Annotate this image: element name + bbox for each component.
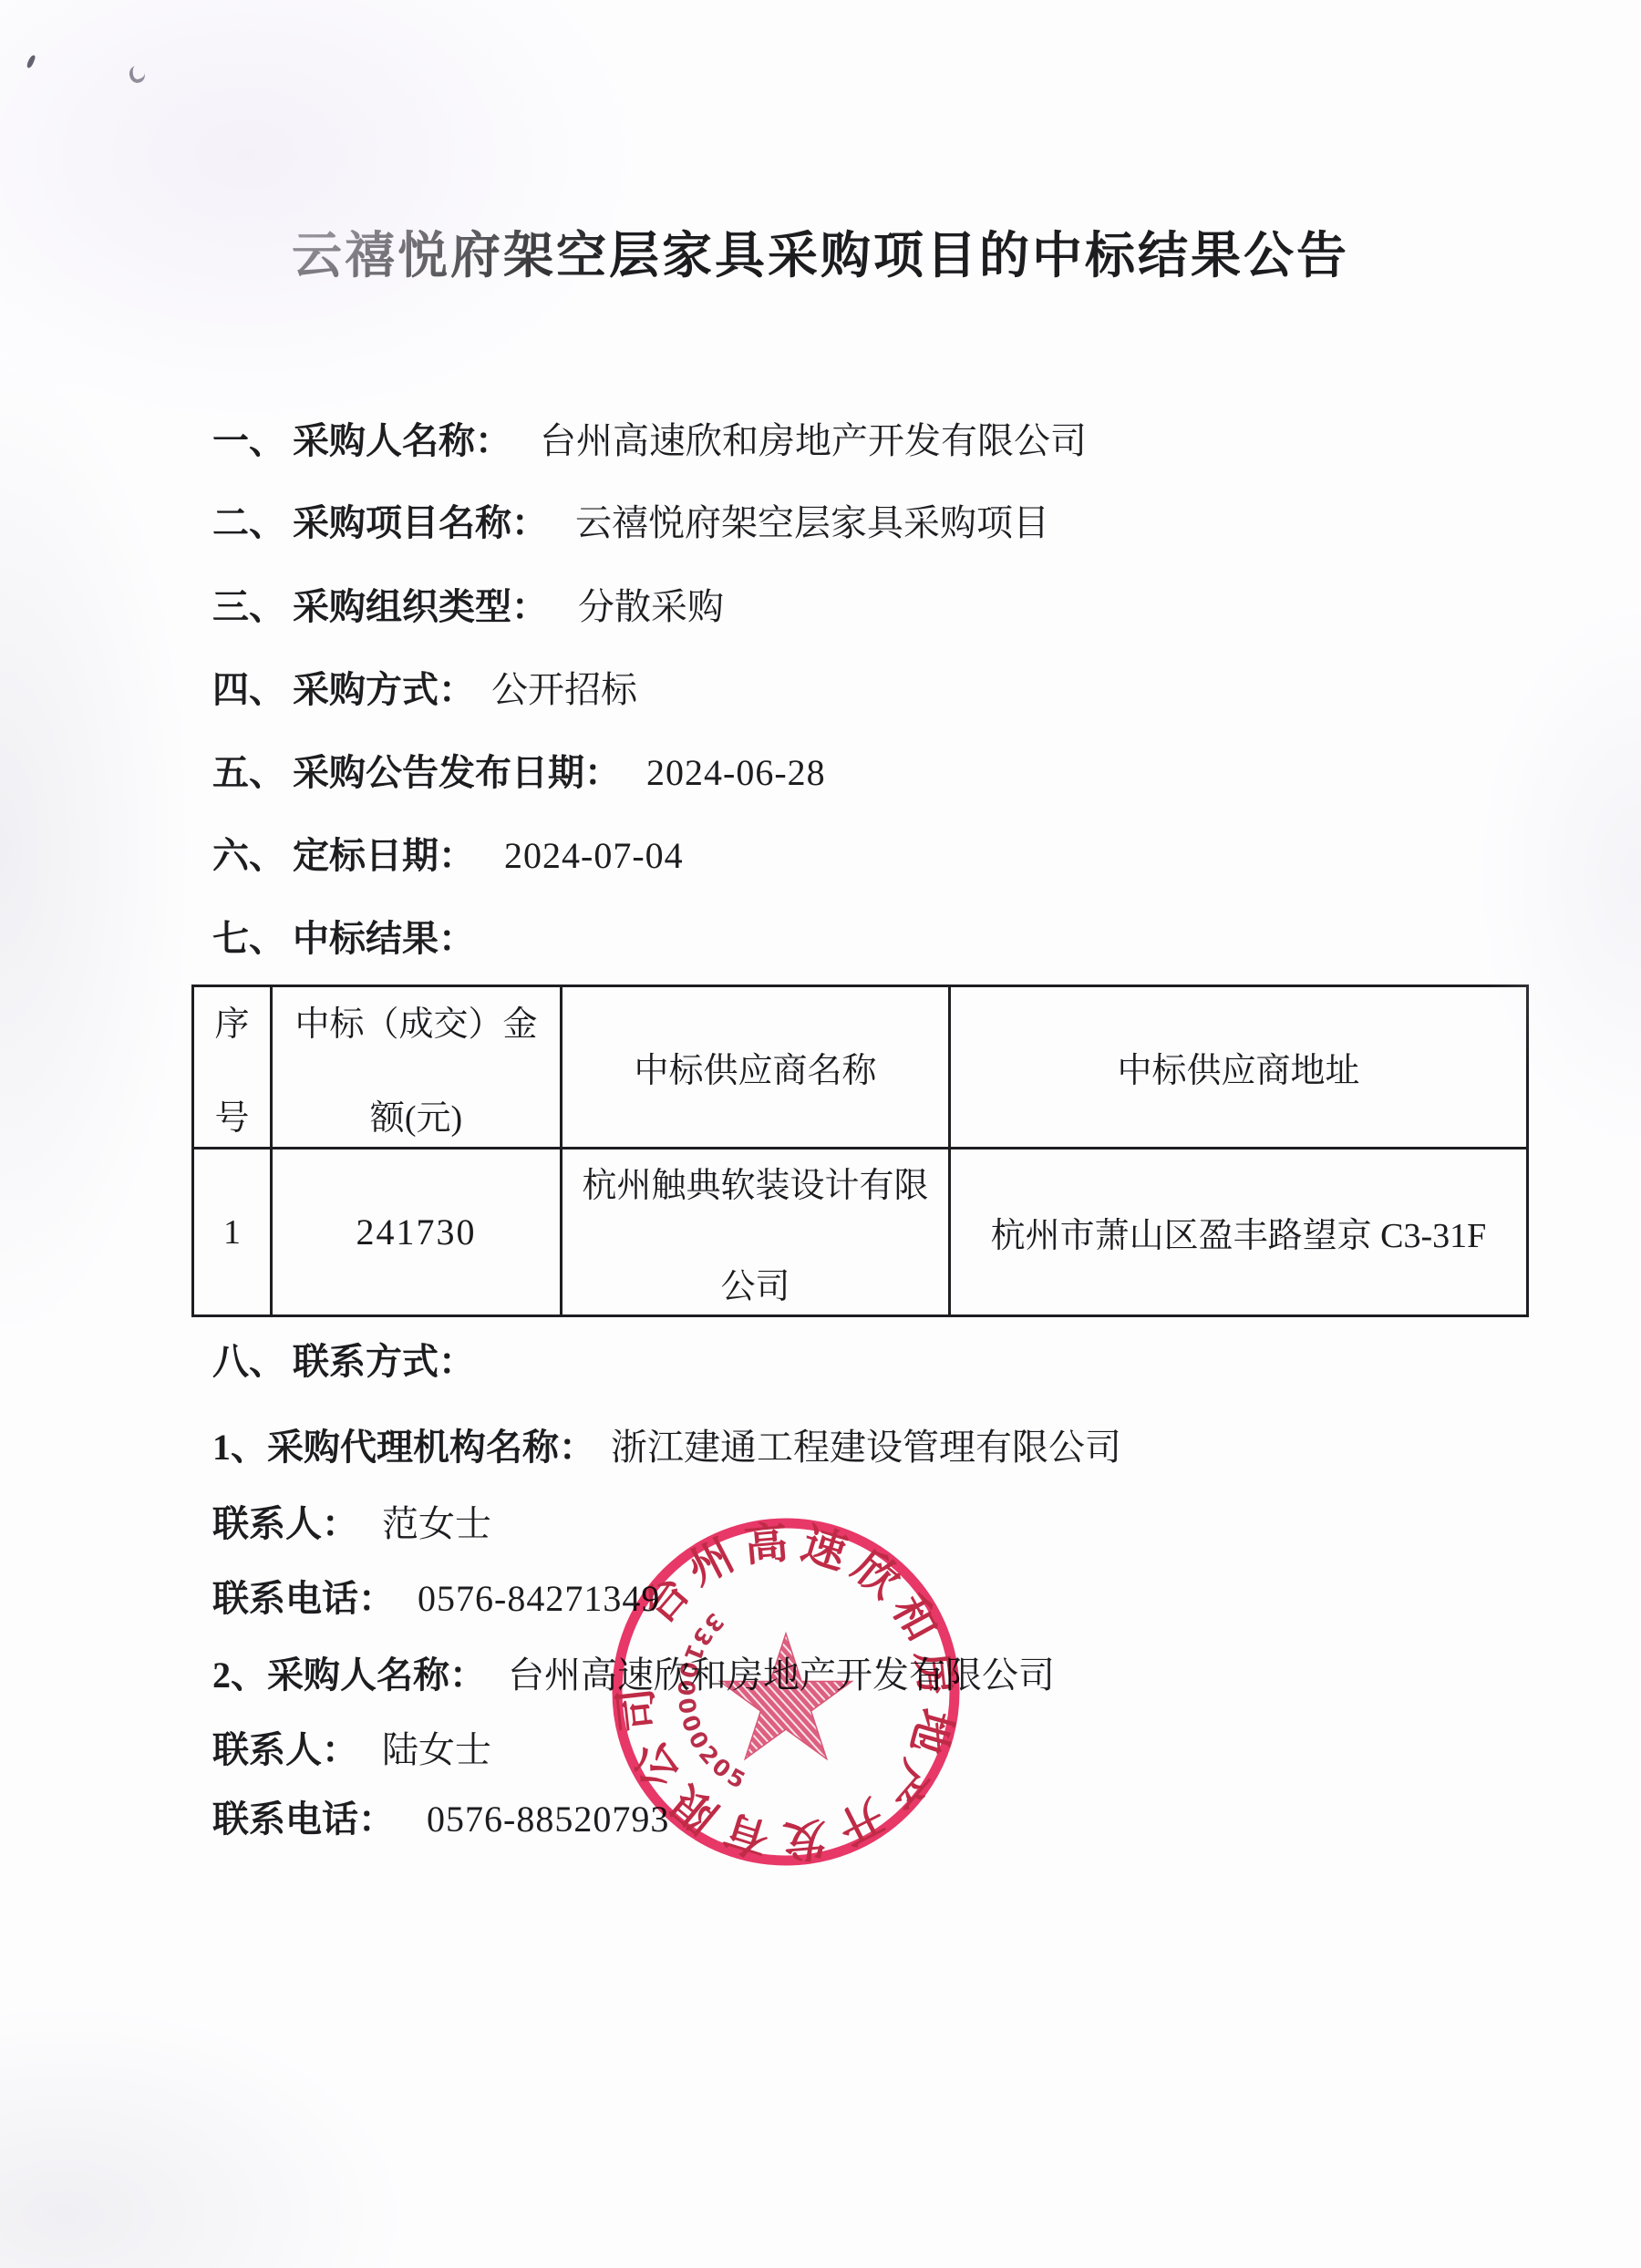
list-item-2: 二、采购项目名称：云禧悦府架空层家具采购项目	[212, 494, 1049, 546]
purchaser-phone-line: 联系电话：0576-88520793	[212, 1790, 669, 1842]
item-number: 八、	[212, 1333, 293, 1385]
header-supplier-address: 中标供应商地址	[950, 986, 1528, 1149]
item-number: 七、	[212, 910, 293, 962]
item-value: 2024-07-04	[504, 834, 684, 877]
item-label: 联系电话：	[212, 1790, 395, 1842]
table-header-row: 序 号 中标（成交）金 额(元) 中标供应商名称 中标供应商地址	[193, 986, 1528, 1149]
list-item-6: 六、定标日期：2024-07-04	[212, 827, 684, 879]
supplier-name-line1: 杭州触典软装设计有限	[582, 1157, 928, 1207]
item-label: 采购代理机构名称：	[267, 1418, 595, 1470]
item-label: 联系人：	[212, 1495, 358, 1547]
item-value: 2024-06-28	[646, 751, 826, 794]
item-number: 四、	[212, 661, 293, 713]
list-item-4: 四、采购方式：公开招标	[212, 661, 637, 713]
item-label: 采购人名称：	[267, 1646, 486, 1698]
item-number: 1、	[212, 1418, 267, 1470]
item-label: 联系电话：	[212, 1570, 395, 1622]
seal-star-icon	[720, 1634, 852, 1759]
list-item-7: 七、中标结果：	[212, 910, 475, 962]
supplier-name-line2: 公司	[720, 1258, 790, 1308]
item-value: 陆女士	[382, 1721, 491, 1773]
item-number: 六、	[212, 827, 293, 879]
agency-phone-line: 联系电话：0576-84271349	[212, 1570, 660, 1622]
item-number: 二、	[212, 494, 293, 546]
header-seq: 序 号	[193, 986, 272, 1149]
item-label: 定标日期：	[293, 827, 475, 879]
header-seq-line2: 号	[214, 1089, 249, 1139]
item-label: 采购方式：	[293, 661, 475, 713]
item-number: 2、	[212, 1646, 267, 1698]
cell-seq: 1	[193, 1149, 272, 1316]
header-amount-line2: 额(元)	[370, 1089, 462, 1139]
item-value: 公开招标	[491, 661, 637, 713]
item-label: 联系方式：	[293, 1333, 475, 1385]
header-supplier-name: 中标供应商名称	[562, 986, 950, 1149]
ink-speck	[26, 54, 36, 68]
header-seq-line1: 序	[214, 995, 249, 1046]
list-item-5: 五、采购公告发布日期：2024-06-28	[212, 744, 826, 796]
agency-name-line: 1、采购代理机构名称：浙江建通工程建设管理有限公司	[212, 1418, 1121, 1470]
header-amount-line1: 中标（成交）金	[294, 995, 537, 1046]
ink-speck	[128, 64, 147, 84]
item-number: 一、	[212, 412, 293, 464]
page-title: 云禧悦府架空层家具采购项目的中标结果公告	[0, 215, 1641, 287]
item-value: 浙江建通工程建设管理有限公司	[611, 1418, 1121, 1470]
item-value: 范女士	[382, 1495, 491, 1547]
cell-amount: 241730	[272, 1149, 562, 1316]
item-label: 采购公告发布日期：	[293, 744, 621, 796]
item-value: 分散采购	[578, 578, 724, 630]
agency-contact-line: 联系人：范女士	[212, 1495, 491, 1547]
item-value: 台州高速欣和房地产开发有限公司	[540, 412, 1087, 464]
contact-section-heading: 八、联系方式：	[212, 1333, 475, 1385]
header-amount: 中标（成交）金 额(元)	[272, 986, 562, 1149]
bid-result-table: 序 号 中标（成交）金 额(元) 中标供应商名称 中标供应商地址 1 24173…	[191, 985, 1529, 1317]
item-label: 采购人名称：	[293, 412, 511, 464]
purchaser-contact-line: 联系人：陆女士	[212, 1721, 491, 1773]
list-item-3: 三、采购组织类型：分散采购	[212, 578, 724, 630]
item-value: 云禧悦府架空层家具采购项目	[575, 494, 1049, 546]
item-label: 采购项目名称：	[293, 494, 548, 546]
company-seal-stamp: 台州高速欣和房地产开发有限公司 3310000020587	[604, 1510, 970, 1876]
item-label: 采购组织类型：	[293, 578, 548, 630]
list-item-1: 一、采购人名称：台州高速欣和房地产开发有限公司	[212, 412, 1087, 464]
cell-supplier-address: 杭州市萧山区盈丰路望京 C3-31F	[950, 1149, 1528, 1316]
item-number: 五、	[212, 744, 293, 796]
item-number: 三、	[212, 578, 293, 630]
item-label: 中标结果：	[293, 910, 475, 962]
item-label: 联系人：	[212, 1721, 358, 1773]
cell-supplier-name: 杭州触典软装设计有限 公司	[562, 1149, 950, 1316]
table-row: 1 241730 杭州触典软装设计有限 公司 杭州市萧山区盈丰路望京 C3-31…	[193, 1149, 1528, 1316]
document-page: 云禧悦府架空层家具采购项目的中标结果公告 一、采购人名称：台州高速欣和房地产开发…	[0, 0, 1641, 2268]
